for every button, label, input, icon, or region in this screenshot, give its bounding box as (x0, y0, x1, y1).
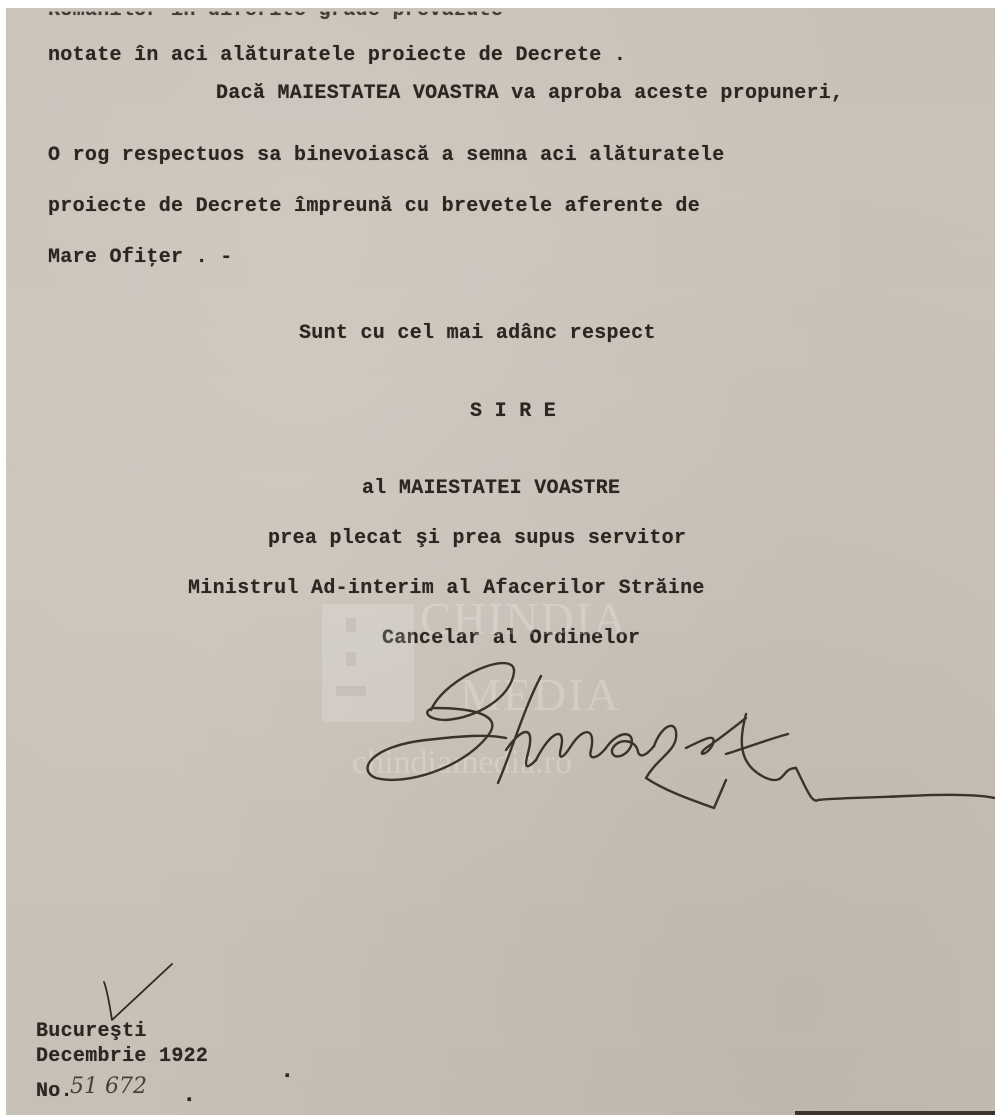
place: Bucureşti (36, 1020, 147, 1043)
handwritten-number: 51 672 (70, 1074, 147, 1099)
date-dot: . (280, 1058, 295, 1085)
document-page: Românilor în diferite grade prevăzute no… (6, 8, 995, 1115)
number-dot: . (182, 1082, 197, 1109)
page-edge-shadow (795, 1111, 995, 1115)
date: Decembrie 1922 (36, 1045, 208, 1068)
number-prefix: No. (36, 1080, 73, 1103)
